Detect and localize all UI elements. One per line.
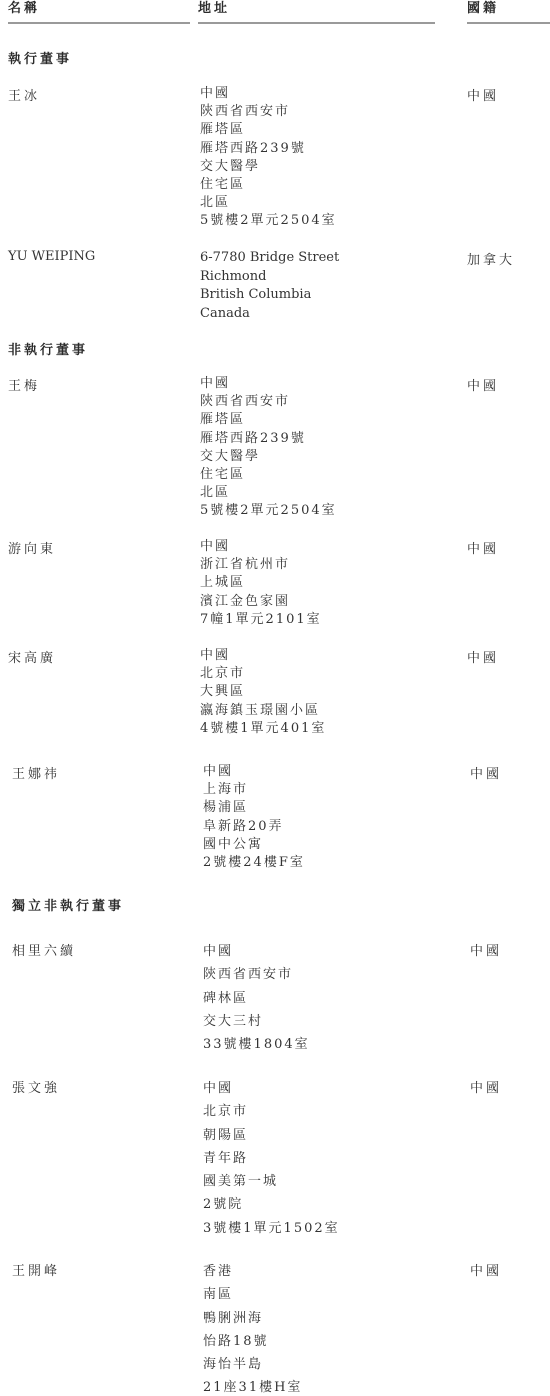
director-name: 游向東	[8, 538, 56, 557]
director-name: 宋高廣	[8, 647, 56, 666]
director-address: 6-7780 Bridge Street Richmond British Co…	[200, 249, 339, 323]
address-line: 國美第一城	[203, 1170, 340, 1193]
director-name: 王開峰	[12, 1260, 60, 1279]
address-line: 鴨脷洲海	[203, 1307, 302, 1330]
address-line: 中國	[203, 1077, 340, 1100]
address-line: 雁塔西路239號	[200, 140, 337, 158]
address-line: 青年路	[203, 1147, 340, 1170]
address-line: Richmond	[200, 268, 339, 287]
address-line: 交大醫學	[200, 158, 337, 176]
director-address: 中國 上海市 楊浦區 阜新路20弄 國中公寓 2號樓24樓F室	[203, 763, 305, 872]
director-address: 香港 南區 鴨脷洲海 怡路18號 海怡半島 21座31樓H室	[203, 1260, 302, 1396]
address-line: 中國	[200, 85, 337, 103]
address-line: 北京市	[203, 1100, 340, 1123]
address-line: 陝西省西安市	[200, 103, 337, 121]
address-line: 5號樓2單元2504室	[200, 212, 337, 230]
address-line: 陝西省西安市	[203, 963, 310, 986]
address-line: Canada	[200, 305, 339, 324]
address-line: 7幢1單元2101室	[200, 611, 322, 629]
director-address: 中國 陝西省西安市 碑林區 交大三村 33號樓1804室	[203, 940, 310, 1056]
address-line: 5號樓2單元2504室	[200, 502, 337, 520]
address-line: 楊浦區	[203, 799, 305, 817]
address-line: 雁塔區	[200, 121, 337, 139]
director-address: 中國 陝西省西安市 雁塔區 雁塔西路239號 交大醫學 住宅區 北區 5號樓2單…	[200, 375, 337, 521]
address-line: 交大醫學	[200, 448, 337, 466]
address-line: 南區	[203, 1283, 302, 1306]
director-nationality: 中國	[470, 1077, 502, 1096]
address-line: British Columbia	[200, 286, 339, 305]
section-title-executive-directors: 執行董事	[8, 48, 72, 67]
address-line: 住宅區	[200, 176, 337, 194]
address-line: 瀛海鎮玉璟園小區	[200, 702, 326, 720]
address-line: 國中公寓	[203, 836, 305, 854]
address-line: 北京市	[200, 665, 326, 683]
address-line: 中國	[200, 647, 326, 665]
address-line: 香港	[203, 1260, 302, 1283]
address-line: 中國	[203, 763, 305, 781]
address-line: 3號樓1單元1502室	[203, 1217, 340, 1240]
column-header-address: 地址	[198, 0, 435, 24]
address-line: 交大三村	[203, 1010, 310, 1033]
director-nationality: 中國	[470, 940, 502, 959]
address-line: 海怡半島	[203, 1353, 302, 1376]
address-line: 陝西省西安市	[200, 393, 337, 411]
address-line: 怡路18號	[203, 1330, 302, 1353]
column-header-nationality: 國籍	[467, 0, 550, 24]
address-line: 北區	[200, 194, 337, 212]
director-nationality: 中國	[467, 375, 499, 394]
address-line: 碑林區	[203, 987, 310, 1010]
address-line: 中國	[200, 375, 337, 393]
director-name: 王梅	[8, 375, 40, 394]
address-line: 大興區	[200, 683, 326, 701]
address-line: 濱江金色家園	[200, 593, 322, 611]
address-line: 住宅區	[200, 466, 337, 484]
director-name: YU WEIPING	[8, 249, 95, 264]
address-line: 雁塔西路239號	[200, 430, 337, 448]
address-line: 4號樓1單元401室	[200, 720, 326, 738]
director-nationality: 中國	[467, 647, 499, 666]
director-address: 中國 北京市 大興區 瀛海鎮玉璟園小區 4號樓1單元401室	[200, 647, 326, 738]
director-nationality: 中國	[470, 1260, 502, 1279]
column-header-name: 名稱	[8, 0, 190, 24]
address-line: 阜新路20弄	[203, 818, 305, 836]
director-name: 王娜祎	[12, 763, 60, 782]
director-address: 中國 北京市 朝陽區 青年路 國美第一城 2號院 3號樓1單元1502室	[203, 1077, 340, 1240]
address-line: 中國	[203, 940, 310, 963]
director-address: 中國 陝西省西安市 雁塔區 雁塔西路239號 交大醫學 住宅區 北區 5號樓2單…	[200, 85, 337, 231]
director-address: 中國 浙江省杭州市 上城區 濱江金色家園 7幢1單元2101室	[200, 538, 322, 629]
address-line: 2號院	[203, 1193, 340, 1216]
director-name: 張文強	[12, 1077, 60, 1096]
address-line: 浙江省杭州市	[200, 556, 322, 574]
address-line: 上城區	[200, 574, 322, 592]
director-nationality: 加拿大	[467, 249, 515, 268]
address-line: 21座31樓H室	[203, 1376, 302, 1396]
director-nationality: 中國	[467, 538, 499, 557]
section-title-independent-non-executive-directors: 獨立非執行董事	[12, 895, 124, 914]
address-line: 朝陽區	[203, 1124, 340, 1147]
address-line: 北區	[200, 484, 337, 502]
director-name: 相里六續	[12, 940, 76, 959]
address-line: 2號樓24樓F室	[203, 854, 305, 872]
address-line: 33號樓1804室	[203, 1033, 310, 1056]
address-line: 中國	[200, 538, 322, 556]
address-line: 上海市	[203, 781, 305, 799]
director-nationality: 中國	[470, 763, 502, 782]
section-title-non-executive-directors: 非執行董事	[8, 339, 88, 358]
director-nationality: 中國	[467, 85, 499, 104]
address-line: 雁塔區	[200, 411, 337, 429]
director-name: 王冰	[8, 85, 40, 104]
address-line: 6-7780 Bridge Street	[200, 249, 339, 268]
